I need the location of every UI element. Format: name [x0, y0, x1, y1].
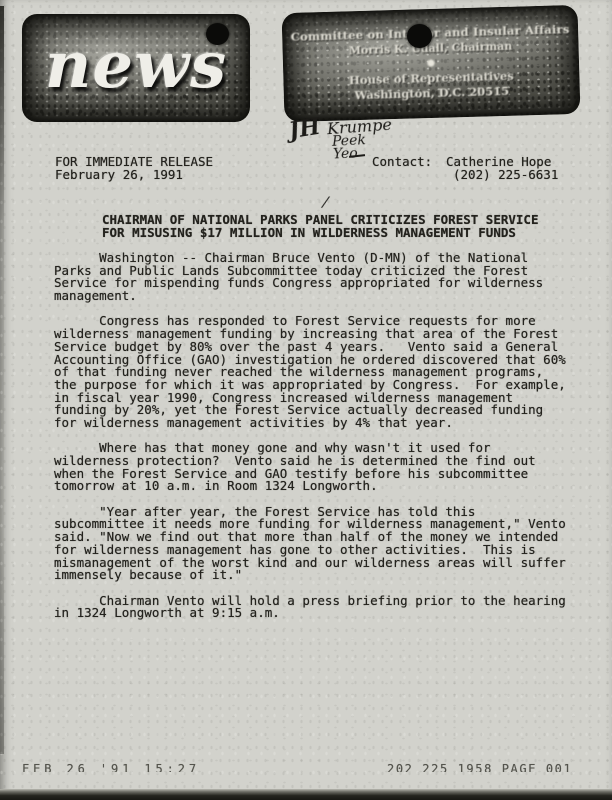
contact-label: Contact: [372, 156, 432, 169]
body-text: Washington -- Chairman Bruce Vento (D-MN… [54, 252, 596, 633]
punch-hole-icon [206, 23, 229, 45]
release-block: FOR IMMEDIATE RELEASEFebruary 26, 1991 [55, 156, 213, 181]
punch-hole-icon [407, 24, 432, 48]
press-release-page: news Committee on Interior and Insular A… [0, 0, 612, 800]
paragraph-5: Chairman Vento will hold a press briefin… [54, 595, 596, 620]
scan-left-edge-shadow [0, 6, 4, 754]
news-logo-text: news [45, 34, 227, 98]
contact-phone: (202) 225-6631 [453, 169, 558, 182]
fax-timestamp: FEB 26 '91 15:27 [22, 763, 252, 772]
headline-line-2: FOR MISUSING $17 MILLION IN WILDERNESS M… [102, 225, 516, 240]
paragraph-1: Washington -- Chairman Bruce Vento (D-MN… [54, 252, 596, 303]
paragraph-3: Where has that money gone and why wasn't… [54, 442, 596, 493]
handwritten-initials: JH [287, 114, 322, 145]
paragraph-4: "Year after year, the Forest Service has… [54, 506, 596, 582]
handwritten-slash-mark: / [322, 193, 330, 212]
committee-chairman: Morris K. Udall, Chairman [349, 39, 513, 59]
committee-address: Washington, D.C. 20515 [354, 84, 509, 103]
committee-seal-dot-icon [426, 58, 436, 68]
paragraph-2: Congress has responded to Forest Service… [54, 315, 596, 429]
fax-page-number: 202 225 1958 PAGE 001 [387, 763, 607, 772]
handwritten-name: Yeo [333, 146, 358, 163]
scan-bottom-edge [0, 789, 612, 800]
headline: CHAIRMAN OF NATIONAL PARKS PANEL CRITICI… [102, 214, 539, 239]
release-date: February 26, 1991 [55, 167, 183, 182]
committee-stamp: Committee on Interior and Insular Affair… [282, 5, 581, 122]
